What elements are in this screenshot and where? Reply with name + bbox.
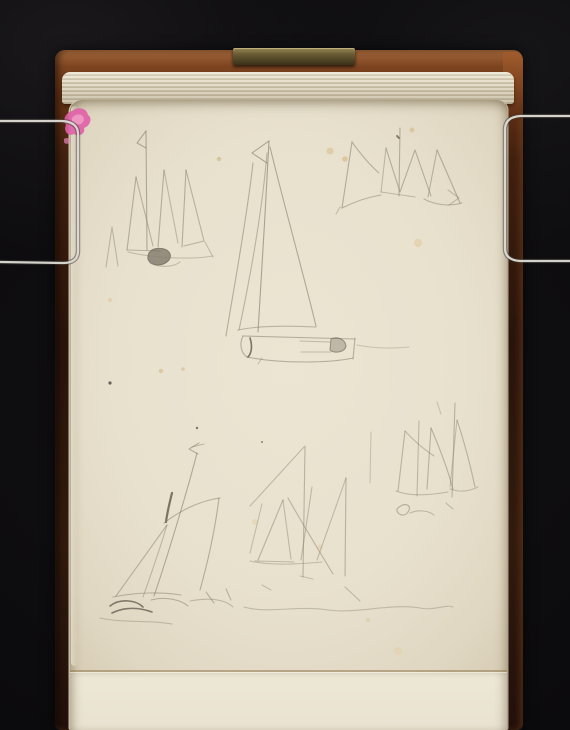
- page-lower-flap: [70, 673, 507, 730]
- brass-clasp: [233, 48, 355, 65]
- sketchbook-page: [70, 100, 507, 730]
- page-crease: [70, 670, 507, 672]
- sketchbook-photograph: [0, 0, 570, 730]
